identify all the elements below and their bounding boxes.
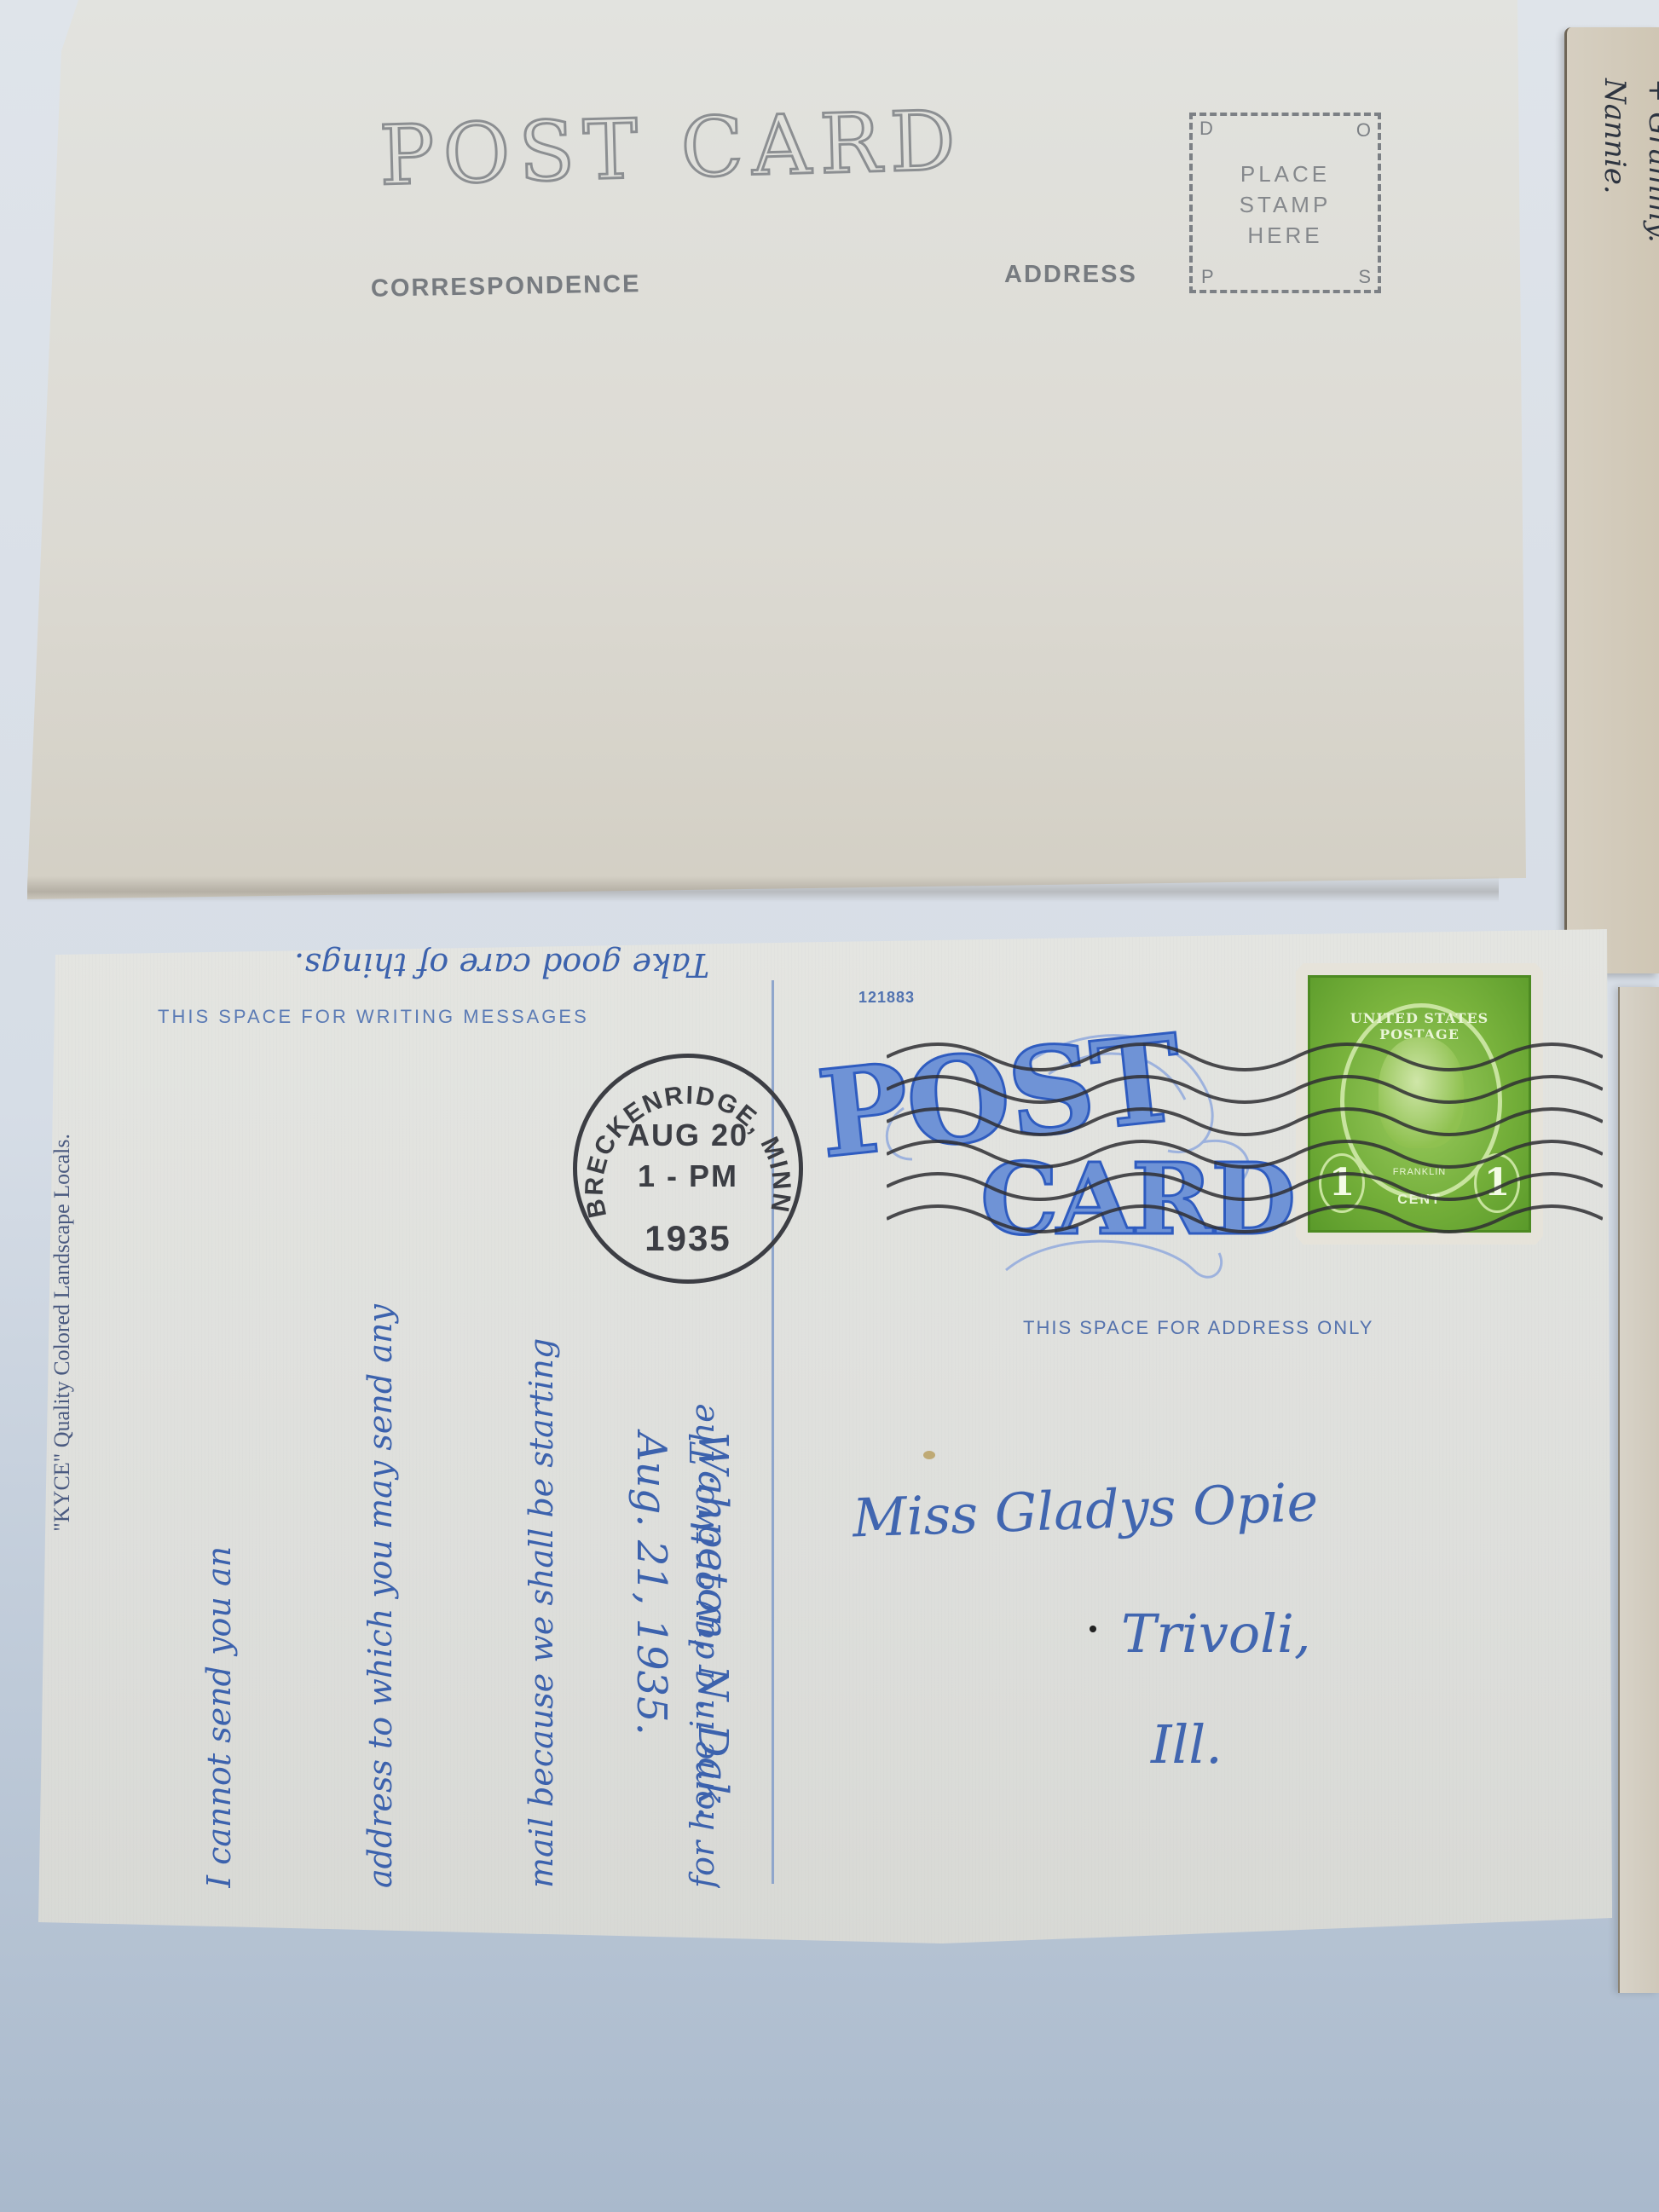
partial-postcard-right: Tongs ... · + Grammy. Nannie. [1564,27,1659,973]
paper-stain [923,1451,935,1459]
addressee-city: Trivoli, [1121,1603,1311,1665]
stamp-box-corner: P [1201,266,1214,288]
side-handwriting: Tongs ... · + Grammy. Nannie. [1593,78,1659,243]
serial-number: 121883 [858,989,915,1007]
message-line: mail because we shall be starting [515,1002,569,1888]
postcard-title: POST CARD [379,93,965,204]
message-line: I cannot send you an [193,1002,246,1888]
place-stamp-line: STAMP [1193,189,1378,220]
address-label: ADDRESS [1004,261,1137,289]
stamp-box-corner: S [1358,266,1371,288]
handwriting-line: + Grammy. [1637,78,1659,243]
stamp-box-corner: O [1356,119,1371,141]
place-stamp-text: PLACE STAMP HERE [1193,159,1378,251]
addressee-state: Ill. [1151,1713,1223,1776]
stamp-box-corner: D [1199,118,1213,140]
place-stamp-line: PLACE [1193,159,1378,189]
sender-location-date: Wahpeton, N. Dak. Aug. 21, 1935. [621,1432,743,1819]
space-for-address-label: THIS SPACE FOR ADDRESS ONLY [1023,1317,1373,1339]
place-stamp-line: HERE [1193,220,1378,251]
publisher-imprint: "KYCE" Quality Colored Landscape Locals. [49,1134,75,1532]
correspondence-label: CORRESPONDENCE [371,270,641,303]
message-line: address to which you may send any [354,1002,408,1888]
ink-dot [1090,1626,1096,1632]
card-shadow [27,876,1499,902]
partial-postcard-right-lower [1618,987,1659,1993]
wavy-cancellation-icon [887,1023,1603,1245]
upside-down-note: Take good care of things. [294,946,709,984]
sender-location: Wahpeton, N. Dak. [682,1432,743,1819]
place-stamp-box: D O P S PLACE STAMP HERE [1189,113,1381,293]
handwriting-line: Nannie. [1593,78,1637,243]
sender-date: Aug. 21, 1935. [621,1432,682,1819]
